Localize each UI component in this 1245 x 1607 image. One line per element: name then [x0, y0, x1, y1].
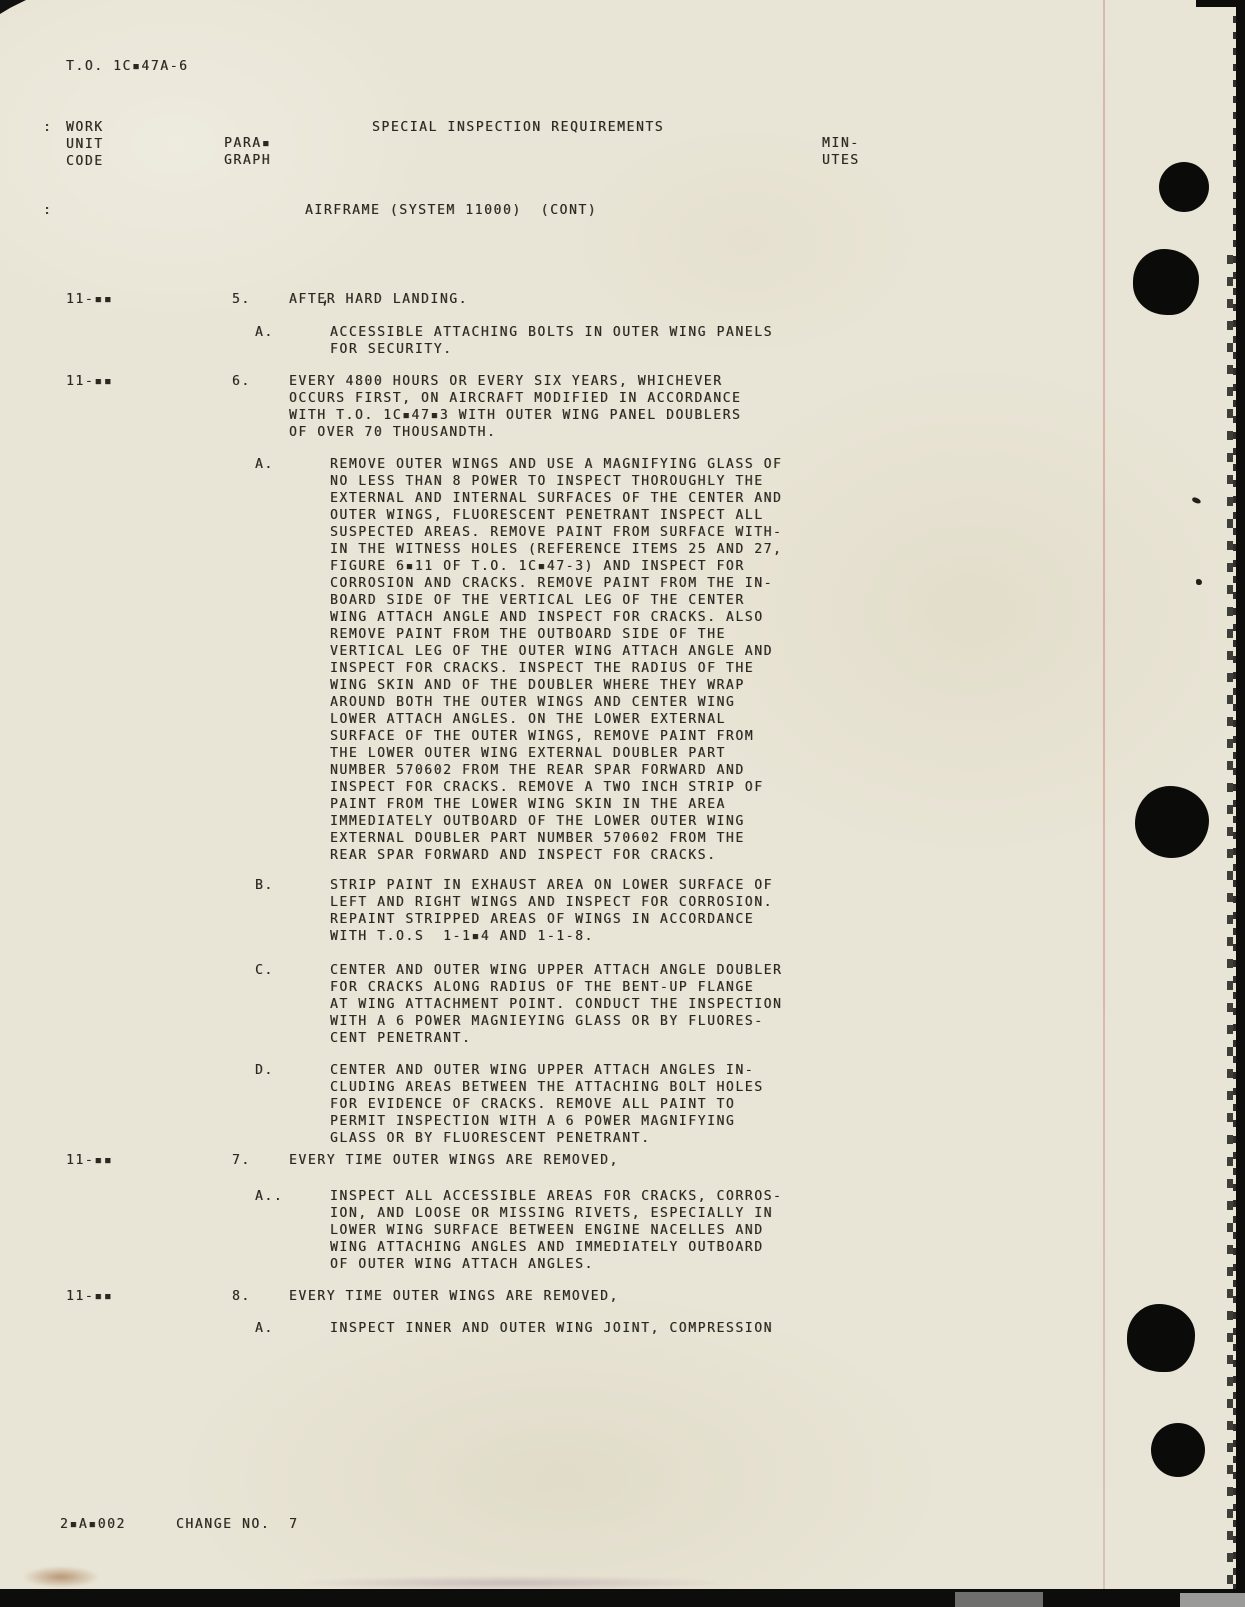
punch-hole	[1133, 249, 1199, 315]
scanned-document-page: T.O. 1C▪47A-6 : WORK UNIT CODE PARA▪ GRA…	[0, 0, 1245, 1607]
paragraph-number: 8.	[232, 1288, 251, 1305]
text-line: WITH A 6 POWER MAGNIEYING GLASS OR BY FL…	[330, 1013, 782, 1030]
work-unit-code: 11-▪▪	[66, 373, 113, 390]
text-line: PAINT FROM THE LOWER WING SKIN IN THE AR…	[330, 796, 782, 813]
text-line: OCCURS FIRST, ON AIRCRAFT MODIFIED IN AC…	[289, 390, 741, 407]
text-line: INSPECT FOR CRACKS. REMOVE A TWO INCH ST…	[330, 779, 782, 796]
text-line: WING SKIN AND OF THE DOUBLER WHERE THEY …	[330, 677, 782, 694]
scan-artifact	[955, 1592, 1043, 1607]
text-line: OF OVER 70 THOUSANDTH.	[289, 424, 741, 441]
text-line: OF OUTER WING ATTACH ANGLES.	[330, 1256, 782, 1273]
text-line: CENT PENETRANT.	[330, 1030, 782, 1047]
scan-edge	[0, 1589, 1245, 1607]
sub-letter: B.	[255, 877, 274, 894]
text-line: REMOVE PAINT FROM THE OUTBOARD SIDE OF T…	[330, 626, 782, 643]
column-header-work-unit-code: WORK UNIT CODE	[66, 120, 104, 171]
text-line: LEFT AND RIGHT WINGS AND INSPECT FOR COR…	[330, 894, 773, 911]
header-line: UTES	[822, 153, 860, 170]
header-line: WORK	[66, 120, 104, 137]
text-line: FOR CRACKS ALONG RADIUS OF THE BENT-UP F…	[330, 979, 782, 996]
change-number: CHANGE NO. 7	[176, 1516, 299, 1533]
text-line: STRIP PAINT IN EXHAUST AREA ON LOWER SUR…	[330, 877, 773, 894]
paragraph-number: 5.	[232, 291, 251, 308]
text-line: WITH T.O. 1C▪47▪3 WITH OUTER WING PANEL …	[289, 407, 741, 424]
text-line: NUMBER 570602 FROM THE REAR SPAR FORWARD…	[330, 762, 782, 779]
text-line: ACCESSIBLE ATTACHING BOLTS IN OUTER WING…	[330, 324, 773, 341]
section-title: AIRFRAME (SYSTEM 11000) (CONT)	[305, 202, 597, 219]
text-line: THE LOWER OUTER WING EXTERNAL DOUBLER PA…	[330, 745, 782, 762]
text-line: LOWER ATTACH ANGLES. ON THE LOWER EXTERN…	[330, 711, 782, 728]
text-line: NO LESS THAN 8 POWER TO INSPECT THOROUGH…	[330, 473, 782, 490]
text-line: REAR SPAR FORWARD AND INSPECT FOR CRACKS…	[330, 847, 782, 864]
text-line: OUTER WINGS, FLUORESCENT PENETRANT INSPE…	[330, 507, 782, 524]
sub-letter: A.	[255, 324, 274, 341]
text-line: BOARD SIDE OF THE VERTICAL LEG OF THE CE…	[330, 592, 782, 609]
binding-perforation-marks	[1227, 255, 1233, 1595]
text-line: FOR EVIDENCE OF CRACKS. REMOVE ALL PAINT…	[330, 1096, 764, 1113]
colon-mark: :	[43, 120, 52, 136]
paragraph-number: 6.	[232, 373, 251, 390]
text-line: INSPECT FOR CRACKS. INSPECT THE RADIUS O…	[330, 660, 782, 677]
header-line: PARA▪	[224, 136, 271, 153]
sub-letter: A.	[255, 456, 274, 473]
colon-mark: :	[43, 202, 52, 219]
work-unit-code: 11-▪▪	[66, 291, 113, 308]
paper-stain	[300, 1576, 720, 1590]
text-line: CENTER AND OUTER WING UPPER ATTACH ANGLE…	[330, 1062, 764, 1079]
page-title: SPECIAL INSPECTION REQUIREMENTS	[372, 120, 664, 136]
text-line: AFTER HARD LANDING.	[289, 291, 468, 308]
text-line: SURFACE OF THE OUTER WINGS, REMOVE PAINT…	[330, 728, 782, 745]
header-line: CODE	[66, 154, 104, 171]
column-header-paragraph: PARA▪ GRAPH	[224, 136, 271, 170]
text-line: FIGURE 6▪11 OF T.O. 1C▪47-3) AND INSPECT…	[330, 558, 782, 575]
paper-stain	[22, 1566, 100, 1588]
punch-hole	[1151, 1423, 1205, 1477]
text-line: WING ATTACH ANGLE AND INSPECT FOR CRACKS…	[330, 609, 782, 626]
text-line: SUSPECTED AREAS. REMOVE PAINT FROM SURFA…	[330, 524, 782, 541]
work-unit-code: 11-▪▪	[66, 1288, 113, 1305]
text-line: LOWER WING SURFACE BETWEEN ENGINE NACELL…	[330, 1222, 782, 1239]
text-line: INSPECT INNER AND OUTER WING JOINT, COMP…	[330, 1320, 773, 1337]
text-line: ION, AND LOOSE OR MISSING RIVETS, ESPECI…	[330, 1205, 782, 1222]
paragraph-number: 7.	[232, 1152, 251, 1169]
to-number: T.O. 1C▪47A-6	[66, 58, 189, 75]
text-line: AT WING ATTACHMENT POINT. CONDUCT THE IN…	[330, 996, 782, 1013]
text-line: IN THE WITNESS HOLES (REFERENCE ITEMS 25…	[330, 541, 782, 558]
punch-hole	[1135, 786, 1209, 858]
footer-code: 2▪A▪002	[60, 1516, 126, 1533]
sub-letter: D.	[255, 1062, 274, 1079]
punch-hole	[1127, 1304, 1195, 1372]
sub-letter: A.	[255, 1320, 274, 1337]
text-line: WING ATTACHING ANGLES AND IMMEDIATELY OU…	[330, 1239, 782, 1256]
text-line: EXTERNAL DOUBLER PART NUMBER 570602 FROM…	[330, 830, 782, 847]
text-line: CLUDING AREAS BETWEEN THE ATTACHING BOLT…	[330, 1079, 764, 1096]
text-line: REPAINT STRIPPED AREAS OF WINGS IN ACCOR…	[330, 911, 773, 928]
text-line: CORROSION AND CRACKS. REMOVE PAINT FROM …	[330, 575, 782, 592]
text-line: PERMIT INSPECTION WITH A 6 POWER MAGNIFY…	[330, 1113, 764, 1130]
work-unit-code: 11-▪▪	[66, 1152, 113, 1169]
text-line: EVERY 4800 HOURS OR EVERY SIX YEARS, WHI…	[289, 373, 741, 390]
text-line: EXTERNAL AND INTERNAL SURFACES OF THE CE…	[330, 490, 782, 507]
text-line: REMOVE OUTER WINGS AND USE A MAGNIFYING …	[330, 456, 782, 473]
text-line: EVERY TIME OUTER WINGS ARE REMOVED,	[289, 1288, 619, 1305]
margin-rule-line	[1103, 0, 1105, 1590]
ink-speck	[1196, 579, 1202, 585]
text-line: CENTER AND OUTER WING UPPER ATTACH ANGLE…	[330, 962, 782, 979]
text-line: WITH T.O.S 1-1▪4 AND 1-1-8.	[330, 928, 773, 945]
text-line: INSPECT ALL ACCESSIBLE AREAS FOR CRACKS,…	[330, 1188, 782, 1205]
scan-edge	[1233, 0, 1238, 1607]
header-line: MIN-	[822, 136, 860, 153]
text-line: VERTICAL LEG OF THE OUTER WING ATTACH AN…	[330, 643, 782, 660]
ink-speck	[1191, 497, 1201, 505]
scan-corner-mark	[0, 0, 26, 14]
header-line: GRAPH	[224, 153, 271, 170]
header-line: UNIT	[66, 137, 104, 154]
sub-letter: C.	[255, 962, 274, 979]
text-line: FOR SECURITY.	[330, 341, 773, 358]
text-line: EVERY TIME OUTER WINGS ARE REMOVED,	[289, 1152, 619, 1169]
punch-hole	[1159, 162, 1209, 212]
column-header-minutes: MIN- UTES	[822, 136, 860, 170]
text-line: IMMEDIATELY OUTBOARD OF THE LOWER OUTER …	[330, 813, 782, 830]
text-line: AROUND BOTH THE OUTER WINGS AND CENTER W…	[330, 694, 782, 711]
sub-letter: A..	[255, 1188, 283, 1205]
scan-artifact	[1180, 1593, 1245, 1607]
text-line: GLASS OR BY FLUORESCENT PENETRANT.	[330, 1130, 764, 1147]
